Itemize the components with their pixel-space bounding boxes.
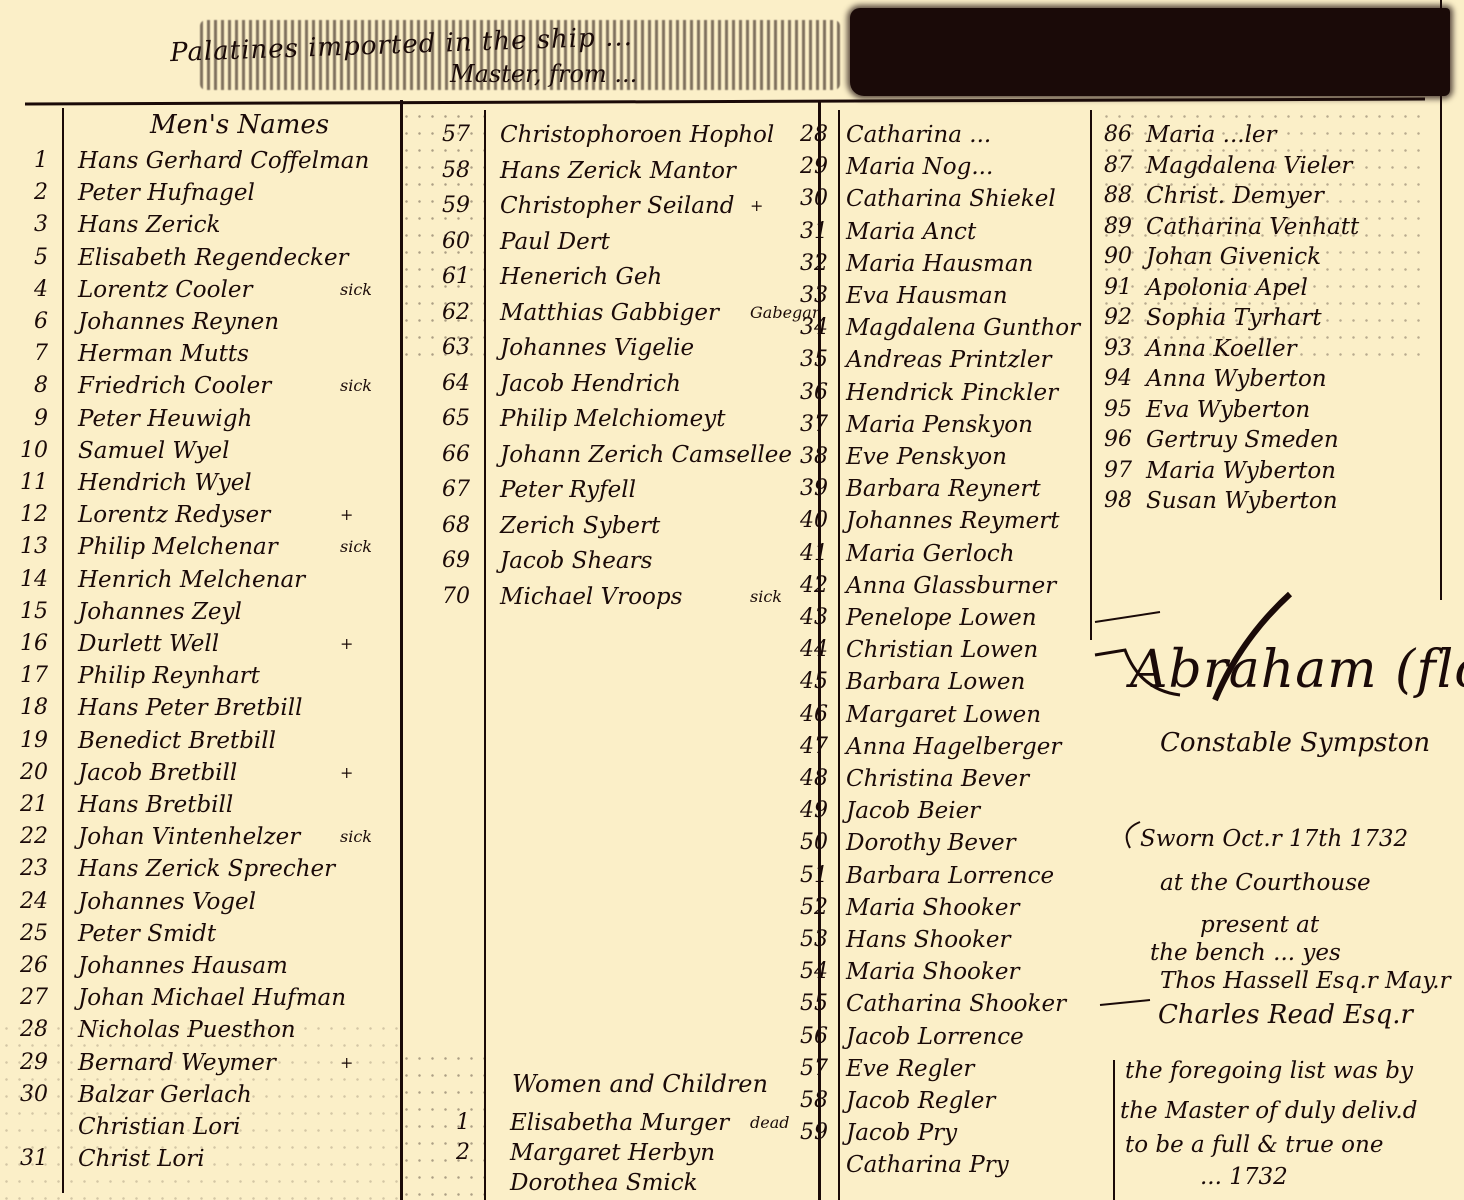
manuscript-page: Palatines imported in the ship ... Maste… xyxy=(0,0,1464,1200)
flourish-lines xyxy=(0,0,1464,1200)
